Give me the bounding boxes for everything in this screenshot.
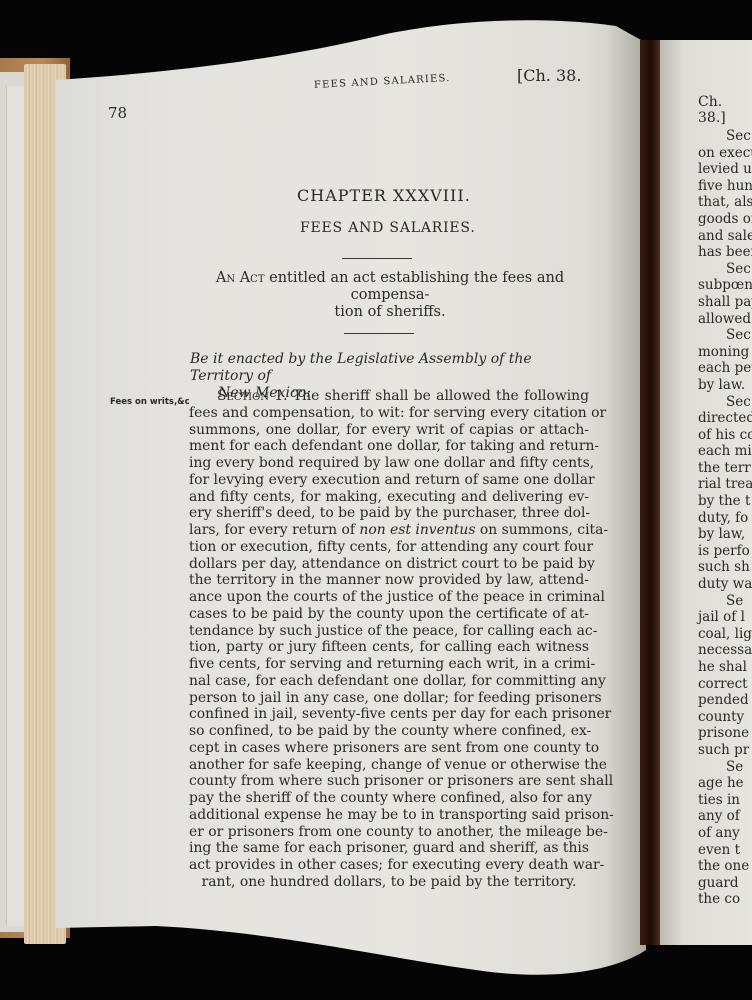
right-text-line: guard — [698, 875, 752, 892]
text-span: on summons, cita- — [480, 522, 608, 538]
text-line: another for safe keeping, change of venu… — [189, 757, 589, 774]
right-text-line: correct — [698, 676, 752, 693]
chapter-tag: [Ch. 38. — [517, 66, 581, 85]
right-text-line: by law, — [698, 526, 752, 543]
text-line: ing the same for each prisoner, guard an… — [189, 840, 589, 857]
right-text-line: by law. — [698, 377, 752, 394]
chapter-heading: CHAPTER XXXVIII. — [297, 186, 471, 205]
page-number: 78 — [108, 104, 127, 122]
right-chapter-tag: Ch. 38.] — [698, 94, 752, 126]
right-text-line: duty, fo — [698, 510, 752, 527]
text-line: ery sheriff's deed, to be paid by the pu… — [189, 505, 589, 522]
text-line: county from where such prisoner or priso… — [189, 773, 589, 790]
right-text-line: ties in — [698, 792, 752, 809]
right-text-line: the terr — [698, 460, 752, 477]
right-text-line: and sale, — [698, 228, 752, 245]
text-line: tion or execution, fifty cents, for atte… — [189, 539, 589, 556]
right-page-text: Sec.on execulevied upfive huncthat, also… — [698, 128, 752, 908]
text-line: nal case, for each defendant one dollar,… — [189, 673, 589, 690]
text-line: pay the sheriff of the county where conf… — [189, 790, 589, 807]
text-line: confined in jail, seventy-five cents per… — [189, 706, 589, 723]
book-gutter — [640, 40, 662, 945]
right-text-line: has been — [698, 244, 752, 261]
right-text-line: jail of l — [698, 609, 752, 626]
right-text-line: Sec — [698, 327, 752, 344]
right-text-line: the one — [698, 858, 752, 875]
right-text-line: rial trea — [698, 476, 752, 493]
section-label: Section 1. — [217, 388, 288, 404]
right-text-line: by the t — [698, 493, 752, 510]
book-photo: FEES AND SALARIES. 78 [Ch. 38. CHAPTER X… — [0, 0, 752, 1000]
right-text-line: Se — [698, 593, 752, 610]
right-text-line: each mi — [698, 443, 752, 460]
right-text-line: the co — [698, 891, 752, 908]
right-text-line: coal, lig — [698, 626, 752, 643]
text-line: and fifty cents, for making, executing a… — [189, 489, 589, 506]
right-text-line: county — [698, 709, 752, 726]
right-text-line: Sec. — [698, 128, 752, 145]
right-text-line: Se — [698, 759, 752, 776]
divider-rule — [344, 333, 414, 334]
right-text-line: moning — [698, 344, 752, 361]
right-text-line: levied up — [698, 161, 752, 178]
italic-phrase: non est inventus — [359, 522, 475, 538]
marginal-note: Fees on writs,&c — [110, 397, 190, 407]
right-text-line: that, also — [698, 194, 752, 211]
text-line: additional expense he may be to in trans… — [189, 807, 589, 824]
right-text-line: of his co — [698, 427, 752, 444]
text-line: Section 1. The sheriff shall be allowed … — [189, 388, 589, 405]
text-line: dollars per day, attendance on district … — [189, 556, 589, 573]
right-text-line: goods or — [698, 211, 752, 228]
text-line: so confined, to be paid by the county wh… — [189, 723, 589, 740]
right-text-line: on execu — [698, 145, 752, 162]
text-line: the territory in the manner now provided… — [189, 572, 589, 589]
right-text-line: duty wa — [698, 576, 752, 593]
right-text-line: such sh — [698, 559, 752, 576]
text-line: for levying every execution and return o… — [189, 472, 589, 489]
act-title-line2: tion of sheriffs. — [334, 304, 445, 320]
act-title-line1: entitled an act establishing the fees an… — [269, 270, 564, 303]
section-1-text: Section 1. The sheriff shall be allowed … — [189, 388, 589, 891]
text-span: lars, for every return of — [189, 522, 355, 538]
text-line: cept in cases where prisoners are sent f… — [189, 740, 589, 757]
text-line: act provides in other cases; for executi… — [189, 857, 589, 874]
text-line: ment for each defendant one dollar, for … — [189, 438, 589, 455]
enacting-line1: Be it enacted by the Legislative Assembl… — [190, 351, 532, 384]
right-text-line: Sec — [698, 394, 752, 411]
act-title: An Act entitled an act establishing the … — [190, 270, 590, 321]
right-text-line: he shal — [698, 659, 752, 676]
text-line: tion, party or jury fifteen cents, for c… — [189, 639, 589, 656]
right-text-line: even t — [698, 842, 752, 859]
text-line: person to jail in any case, one dollar; … — [189, 690, 589, 707]
right-text-line: prisone — [698, 725, 752, 742]
right-text-line: allowed — [698, 311, 752, 328]
right-text-line: each pet — [698, 360, 752, 377]
right-text-line: Sec — [698, 261, 752, 278]
right-text-line: shall pay — [698, 294, 752, 311]
text-line: lars, for every return of non est invent… — [189, 522, 589, 539]
right-text-line: directed — [698, 410, 752, 427]
right-text-line: any of — [698, 808, 752, 825]
text-line: ance upon the courts of the justice of t… — [189, 589, 589, 606]
text-line: rant, one hundred dollars, to be paid by… — [189, 874, 589, 891]
text-span: The sheriff shall be allowed the followi… — [293, 388, 589, 404]
right-text-line: pended — [698, 692, 752, 709]
text-line: cases to be paid by the county upon the … — [189, 606, 589, 623]
text-line: summons, one dollar, for every writ of c… — [189, 422, 589, 439]
right-text-line: of any — [698, 825, 752, 842]
right-text-line: five hunc — [698, 178, 752, 195]
right-text-line: necessa — [698, 642, 752, 659]
text-line: five cents, for serving and returning ea… — [189, 656, 589, 673]
text-line: er or prisoners from one county to anoth… — [189, 824, 589, 841]
right-text-line: age he — [698, 775, 752, 792]
right-text-line: such pr — [698, 742, 752, 759]
divider-rule — [342, 258, 412, 259]
text-line: fees and compensation, to wit: for servi… — [189, 405, 589, 422]
text-line: tendance by such justice of the peace, f… — [189, 623, 589, 640]
act-prefix: An Act — [216, 270, 265, 286]
text-line: ing every bond required by law one dolla… — [189, 455, 589, 472]
chapter-title: FEES AND SALARIES. — [300, 220, 476, 236]
right-text-line: subpœna — [698, 277, 752, 294]
right-text-line: is perfo — [698, 543, 752, 560]
